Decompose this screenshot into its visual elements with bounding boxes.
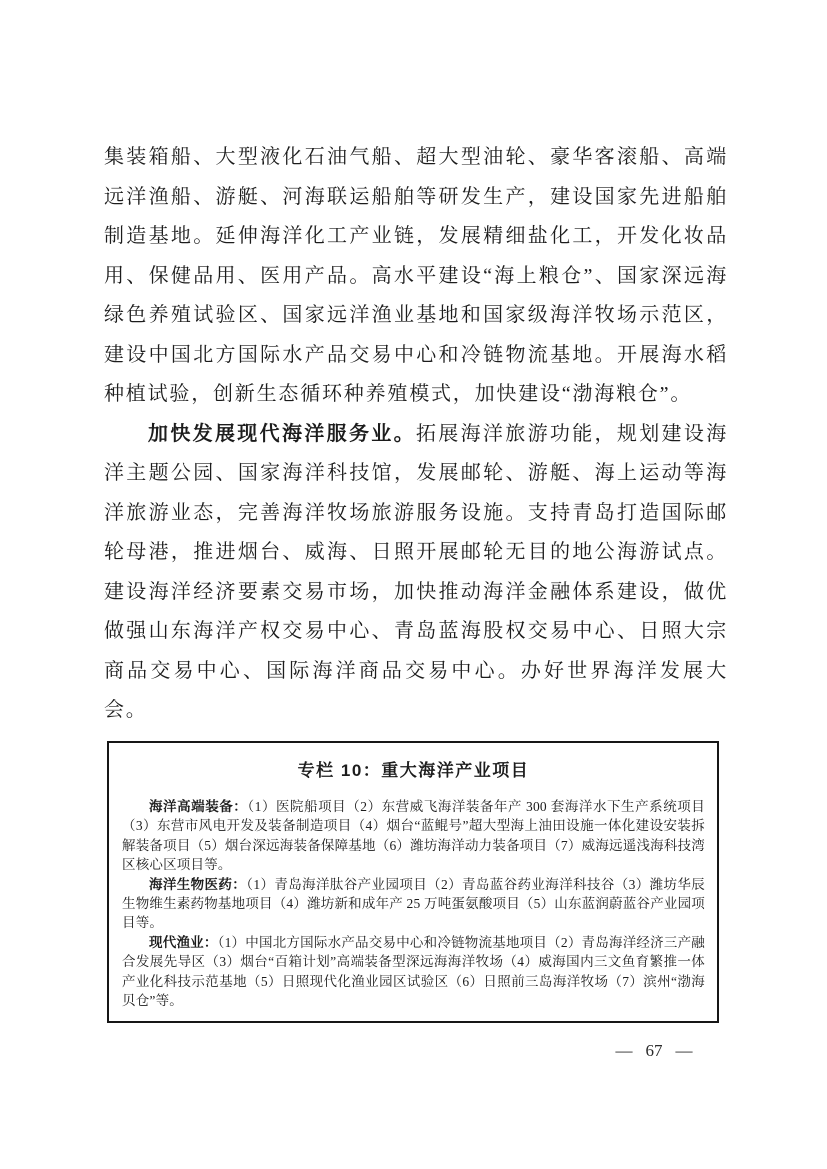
box-paragraph: 现代渔业：（1）中国北方国际水产品交易中心和冷链物流基地项目（2）青岛海洋经济三… <box>122 933 705 1011</box>
box-paragraph: 海洋高端装备：（1）医院船项目（2）东营威飞海洋装备年产 300 套海洋水下生产… <box>122 797 705 875</box>
box-paragraph: 海洋生物医药：（1）青岛海洋肽谷产业园项目（2）青岛蓝谷药业海洋科技谷（3）潍坊… <box>122 875 705 933</box>
paragraph-lead: 加快发展现代海洋服务业。 <box>148 423 416 445</box>
body-text: 集装箱船、大型液化石油气船、超大型油轮、豪华客滚船、高端远洋渔船、游艇、河海联运… <box>104 138 728 731</box>
document-page: 集装箱船、大型液化石油气船、超大型油轮、豪华客滚船、高端远洋渔船、游艇、河海联运… <box>0 0 827 1169</box>
page-number: — 67 — <box>604 1041 704 1061</box>
box-paragraph-lead: 海洋生物医药： <box>149 877 246 892</box>
box-title: 专栏 10：重大海洋产业项目 <box>122 758 705 784</box>
paragraph: 加快发展现代海洋服务业。拓展海洋旅游功能，规划建设海洋主题公园、国家海洋科技馆，… <box>104 415 728 731</box>
page-number-dash-left: — <box>616 1041 633 1061</box>
paragraph-continued: 集装箱船、大型液化石油气船、超大型油轮、豪华客滚船、高端远洋渔船、游艇、河海联运… <box>104 138 728 415</box>
paragraph-text: 拓展海洋旅游功能，规划建设海洋主题公园、国家海洋科技馆，发展邮轮、游艇、海上运动… <box>104 423 728 722</box>
box-paragraph-lead: 现代渔业： <box>149 935 218 950</box>
page-number-value: 67 <box>646 1041 663 1061</box>
box-paragraph-lead: 海洋高端装备： <box>149 799 247 814</box>
page-number-dash-right: — <box>676 1041 693 1061</box>
paragraph-text: 集装箱船、大型液化石油气船、超大型油轮、豪华客滚船、高端远洋渔船、游艇、河海联运… <box>104 146 728 405</box>
highlight-box: 专栏 10：重大海洋产业项目 海洋高端装备：（1）医院船项目（2）东营威飞海洋装… <box>107 741 719 1023</box>
